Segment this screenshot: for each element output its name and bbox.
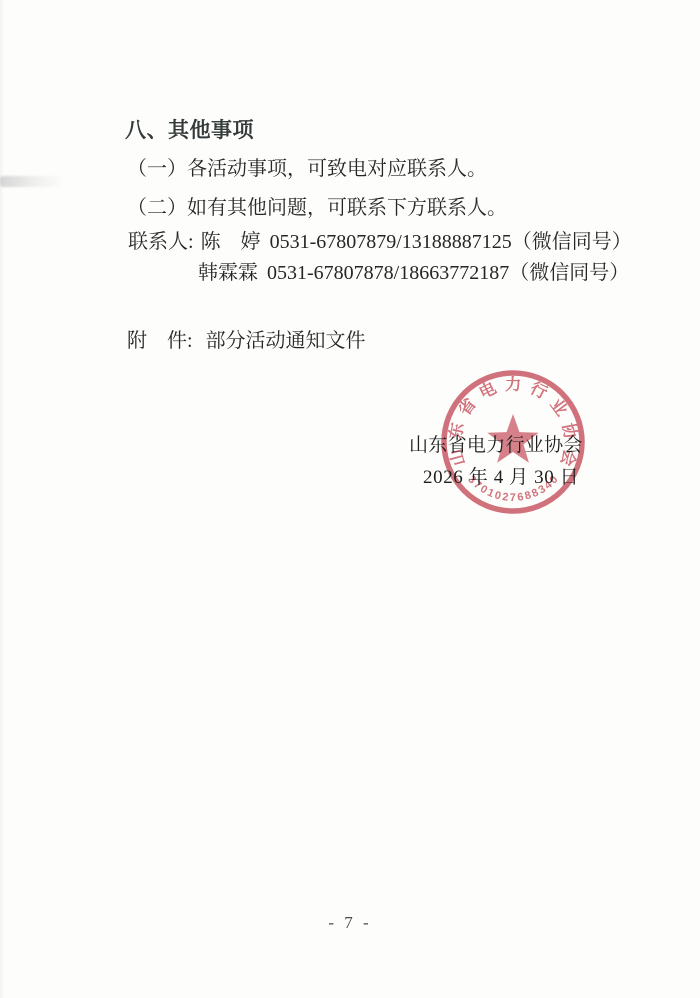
attachment-value: 部分活动通知文件 [206, 330, 366, 352]
contact-name-1: 陈 婷 [201, 231, 261, 253]
contact-name-2: 韩霖霖 [198, 262, 258, 284]
contacts-label: 联系人: [128, 231, 194, 253]
scanned-document-page: 八、其他事项 （一）各活动事项，可致电对应联系人。 （二）如有其他问题，可联系下… [0, 0, 700, 998]
page-number: - 7 - [0, 913, 700, 933]
contact-line-1: 联系人:陈 婷0531-67807879/13188887125（微信同号） [128, 230, 632, 254]
signature-date: 2026 年 4 月 30 日 [423, 467, 579, 489]
signature-organization: 山东省电力行业协会 [409, 435, 583, 457]
contact-note-2: （微信同号） [509, 262, 629, 284]
contact-phone-2: 0531-67807878/18663772187 [267, 262, 509, 284]
contact-note-1: （微信同号） [512, 231, 632, 253]
contact-line-2: 韩霖霖0531-67807878/18663772187（微信同号） [198, 261, 629, 285]
section-heading: 八、其他事项 [125, 119, 254, 143]
attachment-line: 附 件:部分活动通知文件 [127, 329, 366, 353]
contact-phone-1: 0531-67807879/13188887125 [270, 231, 512, 253]
paragraph-item-2: （二）如有其他问题，可联系下方联系人。 [127, 196, 507, 220]
attachment-label: 附 件: [127, 330, 193, 352]
scan-artifact-smudge [0, 176, 66, 187]
paragraph-item-1: （一）各活动事项，可致电对应联系人。 [127, 157, 487, 181]
